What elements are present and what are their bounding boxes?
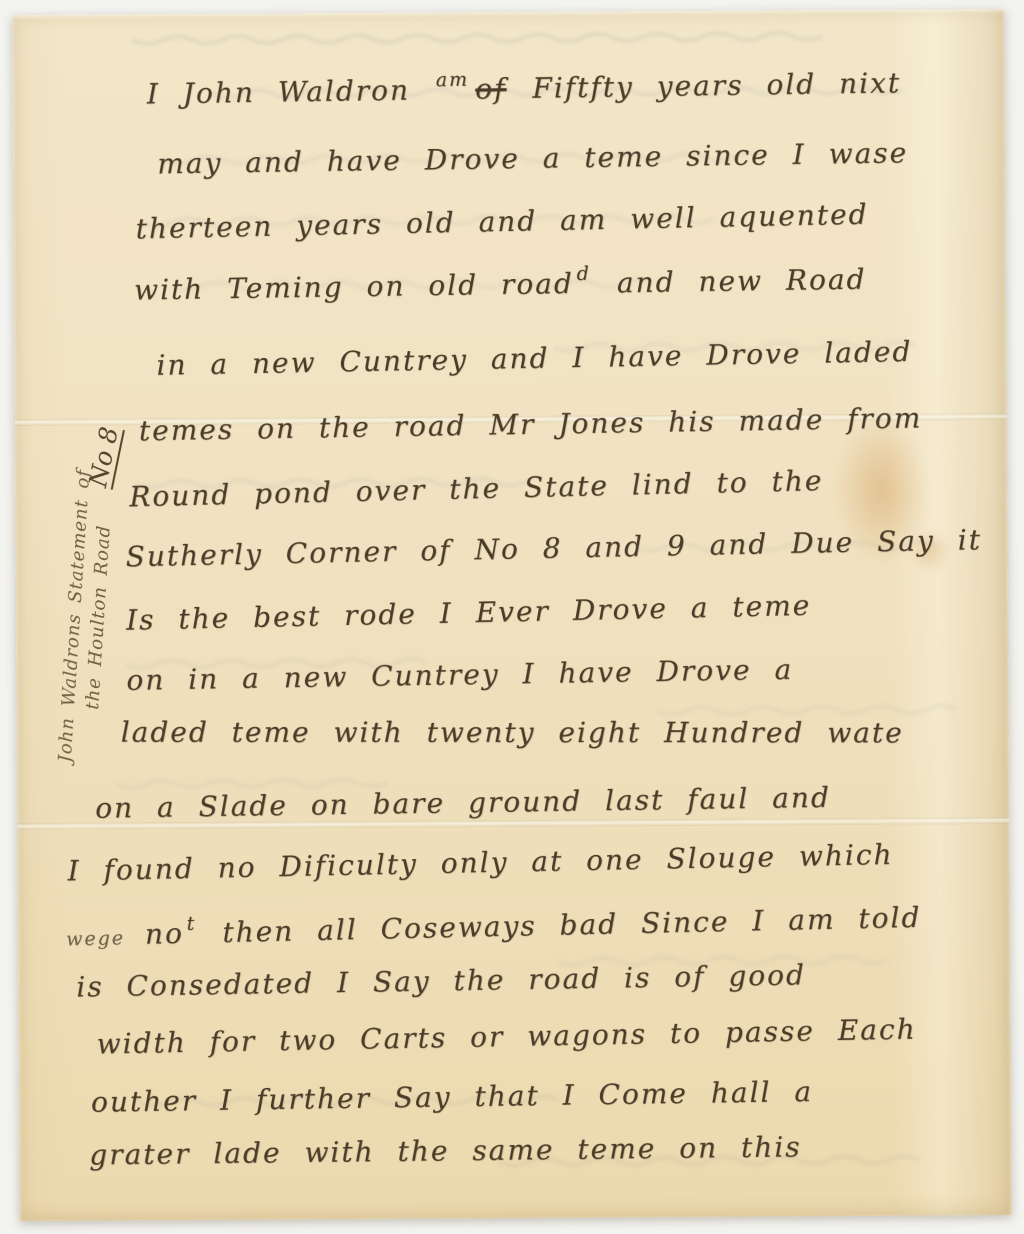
manuscript-line-7: Round pond over the State lind to the <box>129 464 824 513</box>
text-segment: I found no Dificulty only at one Slouge … <box>67 838 894 888</box>
text-segment: on a Slade on bare ground last faul and <box>95 781 831 825</box>
manuscript-line-4: with Teming on old roadd and new Road <box>134 263 867 307</box>
text-segment: Sutherly Corner of No 8 and 9 and Due Sa… <box>125 523 982 573</box>
manuscript-line-1: I John Waldron amof Fiftfty years old ni… <box>147 66 902 110</box>
scan-background: { "colors": { "background": "#f3f3f0", "… <box>0 0 1024 1234</box>
manuscript-line-9: Is the best rode I Ever Drove a teme <box>126 589 812 637</box>
manuscript-line-6: temes on the road Mr Jones his made from <box>139 401 923 447</box>
manuscript-line-18: grater lade with the same teme on this <box>89 1130 802 1171</box>
manuscript-line-15: is Consedated I Say the road is of good <box>76 958 806 1003</box>
text-segment: and new Road <box>594 263 867 300</box>
text-segment: outher I further Say that I Come hall a <box>91 1075 814 1119</box>
text-segment: of <box>475 72 507 105</box>
manuscript-body: I John Waldron amof Fiftfty years old ni… <box>12 9 1011 1221</box>
manuscript-line-16: width for two Carts or wagons to passe E… <box>96 1013 917 1061</box>
text-segment: Fiftfty years old nixt <box>509 66 901 105</box>
text-segment: may and have Drove a teme since I wase <box>157 136 908 180</box>
text-segment: therteen years old and am well aquented <box>135 198 868 246</box>
manuscript-line-10: on in a new Cuntrey I have Drove a <box>126 653 793 697</box>
text-segment: on in a new Cuntrey I have Drove a <box>126 653 793 697</box>
text-segment: wege <box>66 927 145 951</box>
text-segment: then all Coseways bad Since I am told <box>199 901 922 950</box>
text-segment: is Consedated I Say the road is of good <box>76 958 806 1003</box>
text-segment: Is the best rode I Ever Drove a teme <box>126 589 812 637</box>
text-segment: with Teming on old road <box>134 267 574 307</box>
manuscript-line-12: on a Slade on bare ground last faul and <box>95 781 831 825</box>
text-segment: grater lade with the same teme on this <box>89 1130 802 1171</box>
document-paper: John Waldrons Statement of the Houlton R… <box>12 9 1011 1221</box>
text-segment: no <box>145 917 185 951</box>
text-segment: temes on the road Mr Jones his made from <box>139 401 923 447</box>
text-segment: Round pond over the State lind to the <box>129 464 824 513</box>
manuscript-line-14: wege not then all Coseways bad Since I a… <box>66 901 922 953</box>
text-segment: laded teme with twenty eight Hundred wat… <box>121 716 904 750</box>
manuscript-line-3: therteen years old and am well aquented <box>135 198 868 246</box>
manuscript-line-11: laded teme with twenty eight Hundred wat… <box>121 716 904 750</box>
manuscript-line-13: I found no Dificulty only at one Slouge … <box>67 838 894 888</box>
manuscript-line-8: Sutherly Corner of No 8 and 9 and Due Sa… <box>125 523 982 573</box>
text-segment: am <box>436 69 470 91</box>
text-segment: t <box>186 913 196 935</box>
manuscript-line-2: may and have Drove a teme since I wase <box>157 136 908 180</box>
text-segment: in a new Cuntrey and I have Drove laded <box>156 335 912 382</box>
scanned-document: John Waldrons Statement of the Houlton R… <box>0 0 1024 1234</box>
manuscript-line-17: outher I further Say that I Come hall a <box>91 1075 814 1119</box>
text-segment: width for two Carts or wagons to passe E… <box>96 1013 917 1061</box>
manuscript-line-5: in a new Cuntrey and I have Drove laded <box>156 335 912 382</box>
text-segment: d <box>577 263 591 285</box>
text-segment: I John Waldron <box>147 73 434 110</box>
